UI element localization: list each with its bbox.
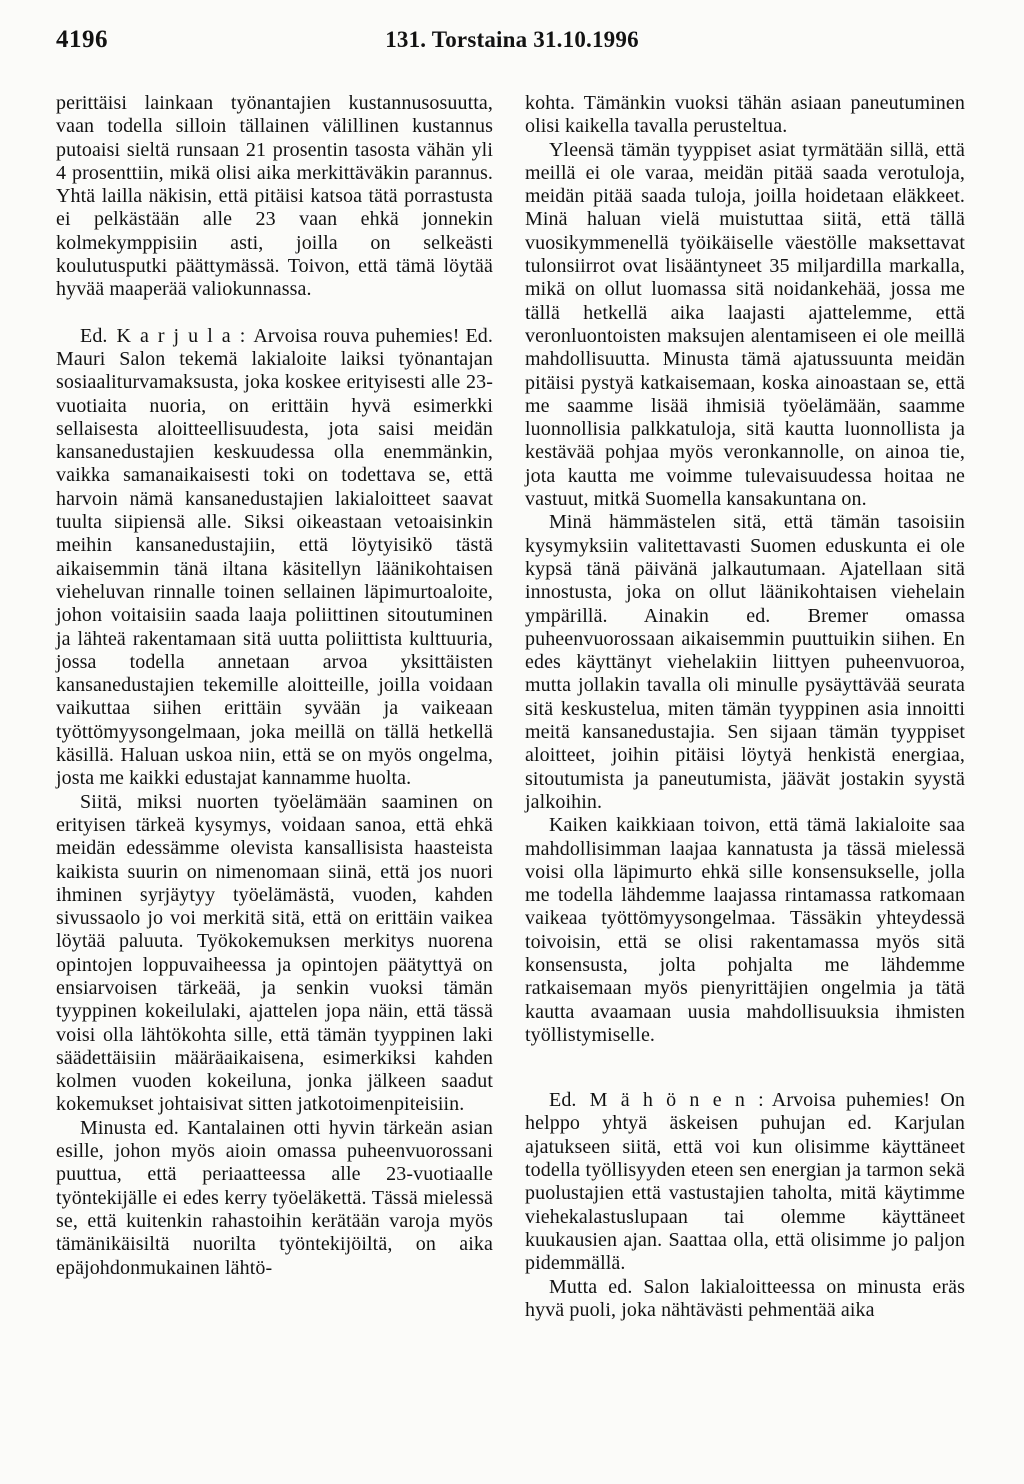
speech-paragraph-karjula: Ed. K a r j u l a :Arvoisa rouva puhemie… <box>56 325 493 791</box>
paragraph: Kaiken kaikkiaan toivon, että tämä lakia… <box>525 814 965 1047</box>
left-column: perittäisi lainkaan työnantajien kustann… <box>56 92 493 1322</box>
speech-text: Arvoisa rouva puhemies! Ed. Mauri Salon … <box>56 325 493 790</box>
paragraph: Yleensä tämän tyyppiset asiat tyrmätään … <box>525 139 965 512</box>
paragraph-continuation: perittäisi lainkaan työnantajien kustann… <box>56 92 493 302</box>
speech-text: Arvoisa puhemies! On helppo yhtyä äskeis… <box>525 1089 965 1274</box>
speaker-name: Ed. M ä h ö n e n : <box>549 1089 764 1111</box>
speaker-name: Ed. K a r j u l a : <box>80 325 245 347</box>
paragraph: Minä hämmästelen sitä, että tämän tasois… <box>525 511 965 814</box>
paragraph: Minusta ed. Kantalainen otti hyvin tärke… <box>56 1117 493 1280</box>
text-columns: perittäisi lainkaan työnantajien kustann… <box>56 92 965 1322</box>
right-column: kohta. Tämänkin vuoksi tähän asiaan pane… <box>525 92 965 1322</box>
paragraph: Mutta ed. Salon lakialoitteessa on minus… <box>525 1276 965 1323</box>
speech-paragraph-mahonen: Ed. M ä h ö n e n :Arvoisa puhemies! On … <box>525 1089 965 1275</box>
page-header-title: 131. Torstaina 31.10.1996 <box>0 27 1024 53</box>
document-page: 4196 131. Torstaina 31.10.1996 perittäis… <box>0 0 1024 1484</box>
paragraph: Siitä, miksi nuorten työelämään saaminen… <box>56 791 493 1117</box>
paragraph-continuation: kohta. Tämänkin vuoksi tähän asiaan pane… <box>525 92 965 139</box>
